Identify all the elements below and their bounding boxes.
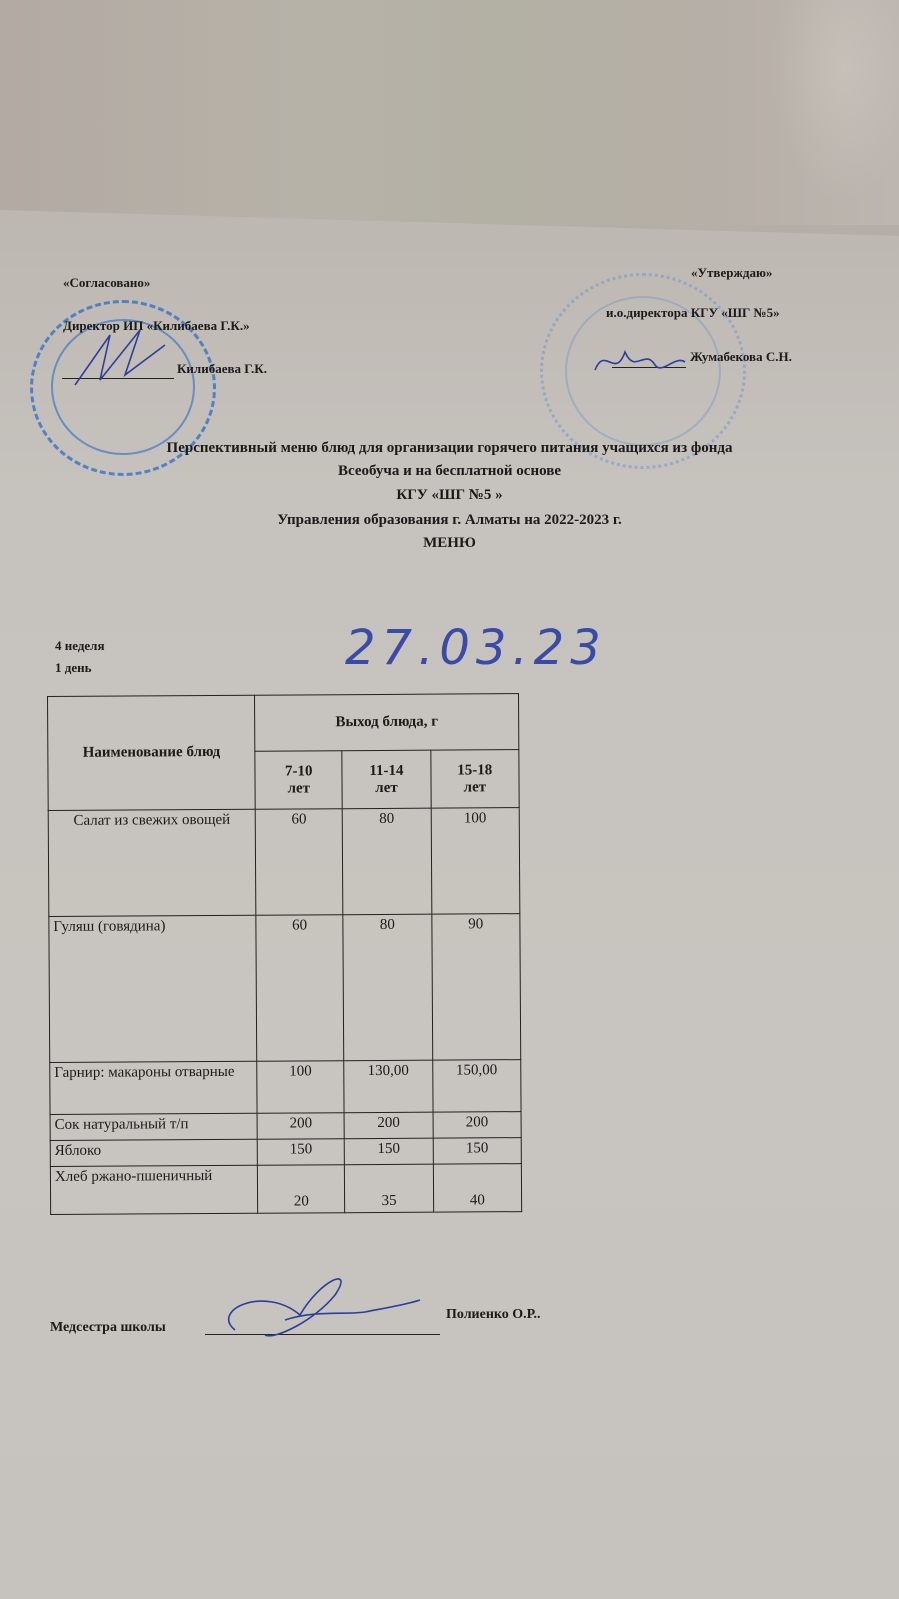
approval-right-position: и.о.директора КГУ «ШГ №5»	[606, 305, 780, 321]
document-title-line-3: КГУ «ШГ №5 »	[0, 487, 899, 504]
day-label: 1 день	[55, 660, 91, 676]
document-title-line-5: МЕНЮ	[0, 535, 899, 552]
signature-footer	[205, 1270, 435, 1345]
signature-right	[590, 340, 690, 385]
approval-right-heading: «Утверждаю»	[691, 265, 772, 281]
table-row: Гуляш (говядина) 60 80 90	[49, 914, 521, 1063]
footer-signatory: Полиенко О.Р..	[446, 1307, 540, 1323]
approval-left-heading: «Согласовано»	[63, 275, 150, 291]
document-title-line-4: Управления образования г. Алматы на 2022…	[0, 512, 899, 529]
table-row: Салат из свежих овощей 60 80 100	[48, 808, 520, 917]
document-title-line-2: Всеобуча и на бесплатной основе	[0, 463, 899, 480]
header-age-7-10: 7-10лет	[255, 751, 342, 810]
table-row: Сок натуральный т/п 200 200 200	[50, 1112, 521, 1141]
document-title-line-1: Перспективный меню блюд для организации …	[0, 440, 899, 457]
table-row: Хлеб ржано-пшеничный 20 35 40	[50, 1164, 521, 1215]
approval-left-signatory: Килибаева Г.К.	[177, 361, 267, 377]
header-age-15-18: 15-18лет	[430, 750, 519, 809]
header-yield: Выход блюда, г	[255, 694, 519, 752]
wallpaper-ornament	[759, 0, 899, 225]
signature-left	[70, 325, 180, 395]
week-label: 4 неделя	[55, 638, 105, 654]
table-row: Яблоко 150 150 150	[50, 1138, 521, 1167]
header-age-11-14: 11-14лет	[342, 750, 431, 809]
menu-table: Наименование блюд Выход блюда, г 7-10лет…	[47, 693, 522, 1215]
footer-role: Медсестра школы	[50, 1320, 166, 1336]
table-row: Гарнир: макароны отварные 100 130,00 150…	[50, 1060, 521, 1115]
handwritten-date: 27.03.23	[345, 620, 607, 676]
header-dish-name: Наименование блюд	[48, 695, 256, 810]
approval-right-signatory: Жумабекова С.Н.	[690, 349, 792, 365]
